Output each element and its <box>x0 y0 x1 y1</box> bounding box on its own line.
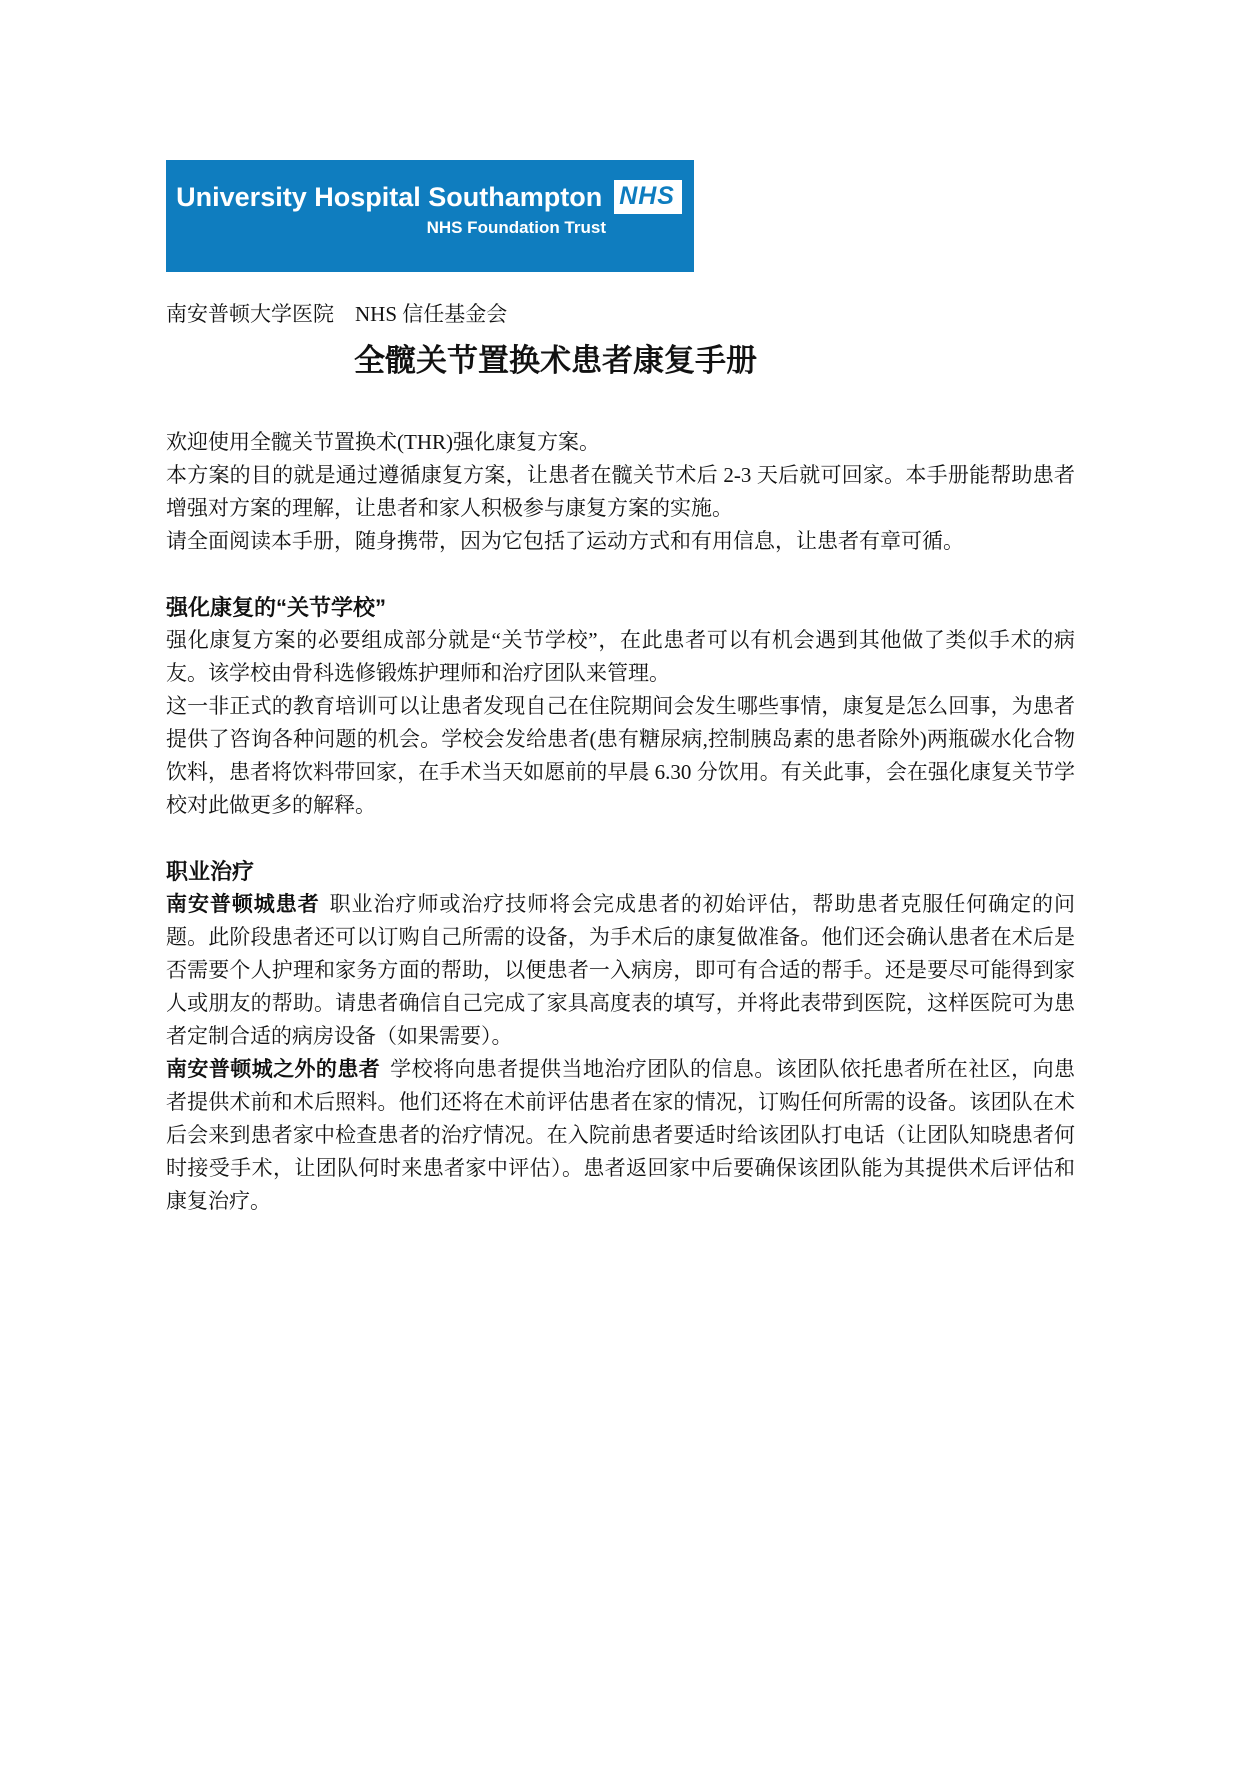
nhs-banner: University Hospital Southampton NHS NHS … <box>166 160 694 272</box>
paragraph: 强化康复方案的必要组成部分就是“关节学校”，在此患者可以有机会遇到其他做了类似手… <box>166 624 1075 690</box>
organisation-name: University Hospital Southampton <box>176 182 602 213</box>
section-joint-school: 强化康复的“关节学校” 强化康复方案的必要组成部分就是“关节学校”，在此患者可以… <box>166 591 1075 822</box>
banner-top-row: University Hospital Southampton NHS <box>166 180 682 214</box>
paragraph-lead: 南安普顿城之外的患者 <box>166 1058 380 1081</box>
paragraph-lead: 南安普顿城患者 <box>166 893 320 916</box>
intro-block: 欢迎使用全髋关节置换术(THR)强化康复方案。 本方案的目的就是通过遵循康复方案… <box>166 426 1075 558</box>
intro-paragraph: 欢迎使用全髋关节置换术(THR)强化康复方案。 <box>166 426 1075 459</box>
paragraph: 这一非正式的教育培训可以让患者发现自己在住院期间会发生哪些事情，康复是怎么回事，… <box>166 690 1075 822</box>
intro-paragraph: 请全面阅读本手册，随身携带，因为它包括了运动方式和有用信息，让患者有章可循。 <box>166 525 1075 558</box>
nhs-logo-icon: NHS <box>614 180 682 214</box>
paragraph-outside-southampton-patients: 南安普顿城之外的患者学校将向患者提供当地治疗团队的信息。该团队依托患者所在社区，… <box>166 1053 1075 1218</box>
section-heading: 强化康复的“关节学校” <box>166 591 1075 624</box>
section-heading: 职业治疗 <box>166 855 1075 888</box>
paragraph-southampton-patients: 南安普顿城患者职业治疗师或治疗技师将会完成患者的初始评估，帮助患者克服任何确定的… <box>166 888 1075 1053</box>
document-page: University Hospital Southampton NHS NHS … <box>0 0 1241 1766</box>
page-title: 全髋关节置换术患者康复手册 <box>166 342 945 380</box>
trust-name: NHS Foundation Trust <box>166 218 682 238</box>
intro-paragraph: 本方案的目的就是通过遵循康复方案，让患者在髋关节术后 2-3 天后就可回家。本手… <box>166 459 1075 525</box>
organisation-name-chinese: 南安普顿大学医院 NHS 信任基金会 <box>166 302 1075 326</box>
section-occupational-therapy: 职业治疗 南安普顿城患者职业治疗师或治疗技师将会完成患者的初始评估，帮助患者克服… <box>166 855 1075 1218</box>
